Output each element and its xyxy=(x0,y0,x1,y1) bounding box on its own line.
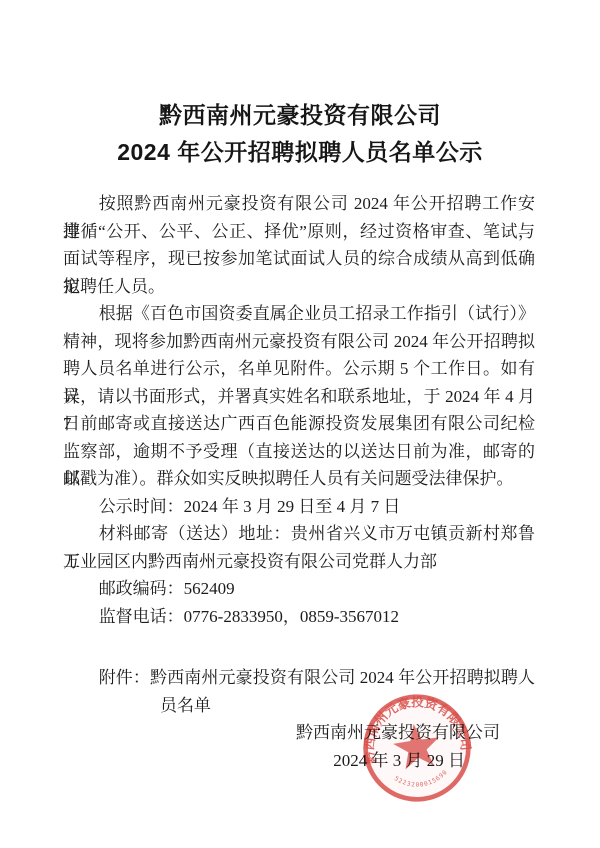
body-line: 拟聘任人员。 xyxy=(63,273,535,301)
body-line: 精神，现将参加黔西南州元豪投资有限公司 2024 年公开招聘拟 xyxy=(63,328,535,356)
body-line: 遵循“公开、公平、公正、择优”原则，经过资格审查、笔试与 xyxy=(63,218,535,246)
body-line: 监察部，逾期不予受理（直接送达的以送达日前为准，邮寄的以 xyxy=(63,438,535,466)
document-page: 黔西南州元豪投资有限公司 2024 年公开招聘拟聘人员名单公示 按照黔西南州元豪… xyxy=(0,0,600,848)
blank-spacer xyxy=(63,630,535,664)
postal-code-line: 邮政编码：562409 xyxy=(63,575,535,603)
signature-company: 黔西南州元豪投资有限公司 xyxy=(63,719,500,747)
mail-address-line: 材料邮寄（送达）地址：贵州省兴义市万屯镇贡新村郑鲁万 xyxy=(63,520,535,548)
title-line-2: 2024 年公开招聘拟聘人员名单公示 xyxy=(0,134,600,171)
document-title: 黔西南州元豪投资有限公司 2024 年公开招聘拟聘人员名单公示 xyxy=(0,97,600,171)
body-line: 日前邮寄或直接送达广西百色能源投资发展集团有限公司纪检 xyxy=(63,410,535,438)
body-line: 邮戳为准）。群众如实反映拟聘任人员有关问题受法律保护。 xyxy=(63,465,535,493)
supervision-phone-line: 监督电话：0776-2833950，0859-3567012 xyxy=(63,603,535,631)
mail-address-line: 工业园区内黔西南州元豪投资有限公司党群人力部 xyxy=(63,548,535,576)
document-body: 按照黔西南州元豪投资有限公司 2024 年公开招聘工作安排， 遵循“公开、公平、… xyxy=(63,190,535,774)
attachment-line: 附件：黔西南州元豪投资有限公司 2024 年公开招聘拟聘人 xyxy=(63,664,535,692)
title-line-1: 黔西南州元豪投资有限公司 xyxy=(0,97,600,134)
body-line: 根据《百色市国资委直属企业员工招录工作指引（试行）》 xyxy=(63,300,535,328)
body-line: 面试等程序，现已按参加笔试面试人员的综合成绩从高到低确定 xyxy=(63,245,535,273)
body-line: 聘人员名单进行公示，名单见附件。公示期 5 个工作日。如有异 xyxy=(63,355,535,383)
body-line: 按照黔西南州元豪投资有限公司 2024 年公开招聘工作安排， xyxy=(63,190,535,218)
signature-date: 2024 年 3 月 29 日 xyxy=(63,747,465,775)
attachment-line: 员名单 xyxy=(160,692,535,720)
body-line: 议，请以书面形式，并署真实姓名和联系地址，于 2024 年 4 月 7 xyxy=(63,383,535,411)
publicity-period-line: 公示时间：2024 年 3 月 29 日至 4 月 7 日 xyxy=(63,493,535,521)
